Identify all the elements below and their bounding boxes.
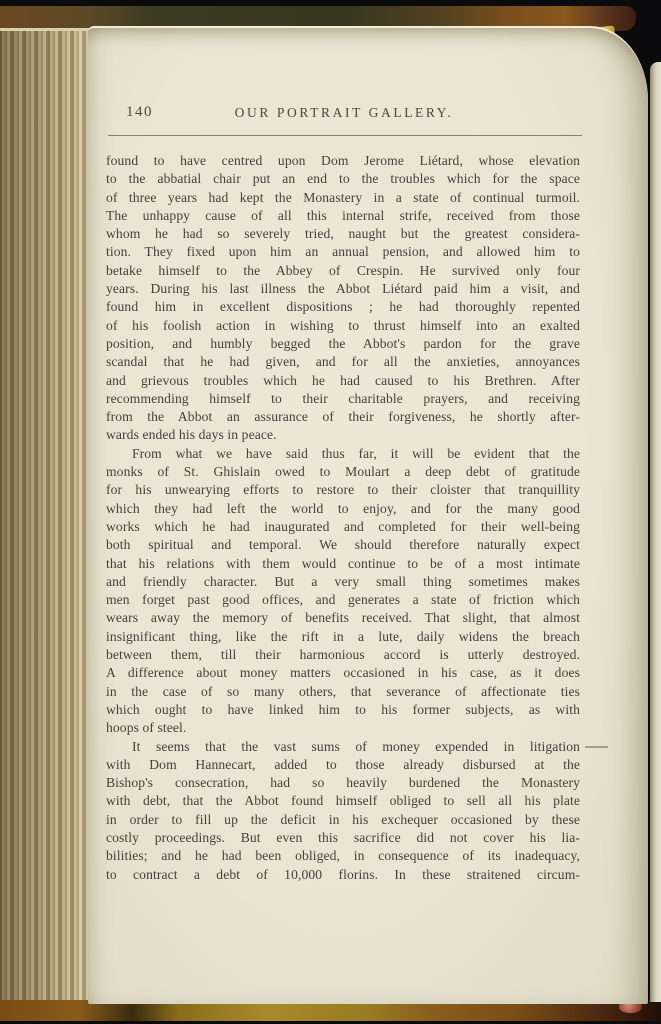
text-line: between them, till their harmonious acco…: [106, 646, 580, 664]
paragraph: From what we have said thus far, it will…: [106, 445, 580, 738]
text-line: of three years had kept the Monastery in…: [106, 189, 580, 207]
text-line: The unhappy cause of all this internal s…: [106, 207, 580, 225]
text-line: costly proceedings. But even this sacrif…: [106, 829, 580, 847]
text-line: wards ended his days in peace.: [106, 426, 580, 444]
text-line: in the case of so many others, that seve…: [106, 683, 580, 701]
text-line: with debt, that the Abbot found himself …: [106, 792, 580, 810]
text-line: tion. They fixed upon him an annual pens…: [106, 243, 580, 261]
text-line: years. During his last illness the Abbot…: [106, 280, 580, 298]
text-line: and friendly character. But a very small…: [106, 573, 580, 591]
text-line: works which he had inaugurated and compl…: [106, 518, 580, 536]
text-line: bilities; and he had been obliged, in co…: [106, 847, 580, 865]
text-line: both spiritual and temporal. We should t…: [106, 536, 580, 554]
header-rule: [108, 135, 582, 136]
text-line: from the Abbot an assurance of their for…: [106, 408, 580, 426]
text-line: insignificant thing, like the rift in a …: [106, 628, 580, 646]
text-line: that his relations with them would conti…: [106, 555, 580, 573]
text-line: recommending himself to their charitable…: [106, 390, 580, 408]
text-line: whom he had so severely tried, naught bu…: [106, 225, 580, 243]
text-line: Bishop's consecration, had so heavily bu…: [106, 774, 580, 792]
text-line: with Dom Hannecart, added to those alrea…: [106, 756, 580, 774]
text-line: of his foolish action in wishing to thru…: [106, 317, 580, 335]
page-header: 140 OUR PORTRAIT GALLERY.: [106, 104, 582, 126]
text-line: which they had left the world to enjoy, …: [106, 500, 580, 518]
text-line: From what we have said thus far, it will…: [106, 445, 580, 463]
text-line: in order to fill up the deficit in his e…: [106, 811, 580, 829]
text-line: scandal that he had given, and for all t…: [106, 353, 580, 371]
text-line: for his unwearying efforts to restore to…: [106, 481, 580, 499]
text-line: A difference about money matters occasio…: [106, 664, 580, 682]
text-line: found to have centred upon Dom Jerome Li…: [106, 152, 580, 170]
margin-mark: [585, 746, 608, 748]
text-line: It seems that the vast sums of money exp…: [106, 738, 580, 756]
text-line: wears away the memory of benefits receiv…: [106, 609, 580, 627]
book-page: 140 OUR PORTRAIT GALLERY. found to have …: [88, 26, 648, 1004]
page-stack-edge: [0, 28, 97, 1009]
text-line: to contract a debt of 10,000 florins. In…: [106, 866, 580, 884]
text-line: and grievous troubles which he had cause…: [106, 372, 580, 390]
paragraph: found to have centred upon Dom Jerome Li…: [106, 152, 580, 445]
book-photo: 140 OUR PORTRAIT GALLERY. found to have …: [0, 0, 661, 1024]
text-line: to the abbatial chair put an end to the …: [106, 170, 580, 188]
paragraph: It seems that the vast sums of money exp…: [106, 738, 580, 884]
running-header: OUR PORTRAIT GALLERY.: [106, 105, 582, 121]
text-line: betake himself to the Abbey of Crespin. …: [106, 262, 580, 280]
text-line: position, and humbly begged the Abbot's …: [106, 335, 580, 353]
text-line: hoops of steel.: [106, 719, 580, 737]
text-line: found him in excellent dispositions ; he…: [106, 298, 580, 316]
text-line: which ought to have linked him to his fo…: [106, 701, 580, 719]
text-block: found to have centred upon Dom Jerome Li…: [106, 152, 580, 884]
facing-page-edge: [650, 62, 661, 1002]
text-line: men forget past good offices, and genera…: [106, 591, 580, 609]
text-line: monks of St. Ghislain owed to Moulart a …: [106, 463, 580, 481]
